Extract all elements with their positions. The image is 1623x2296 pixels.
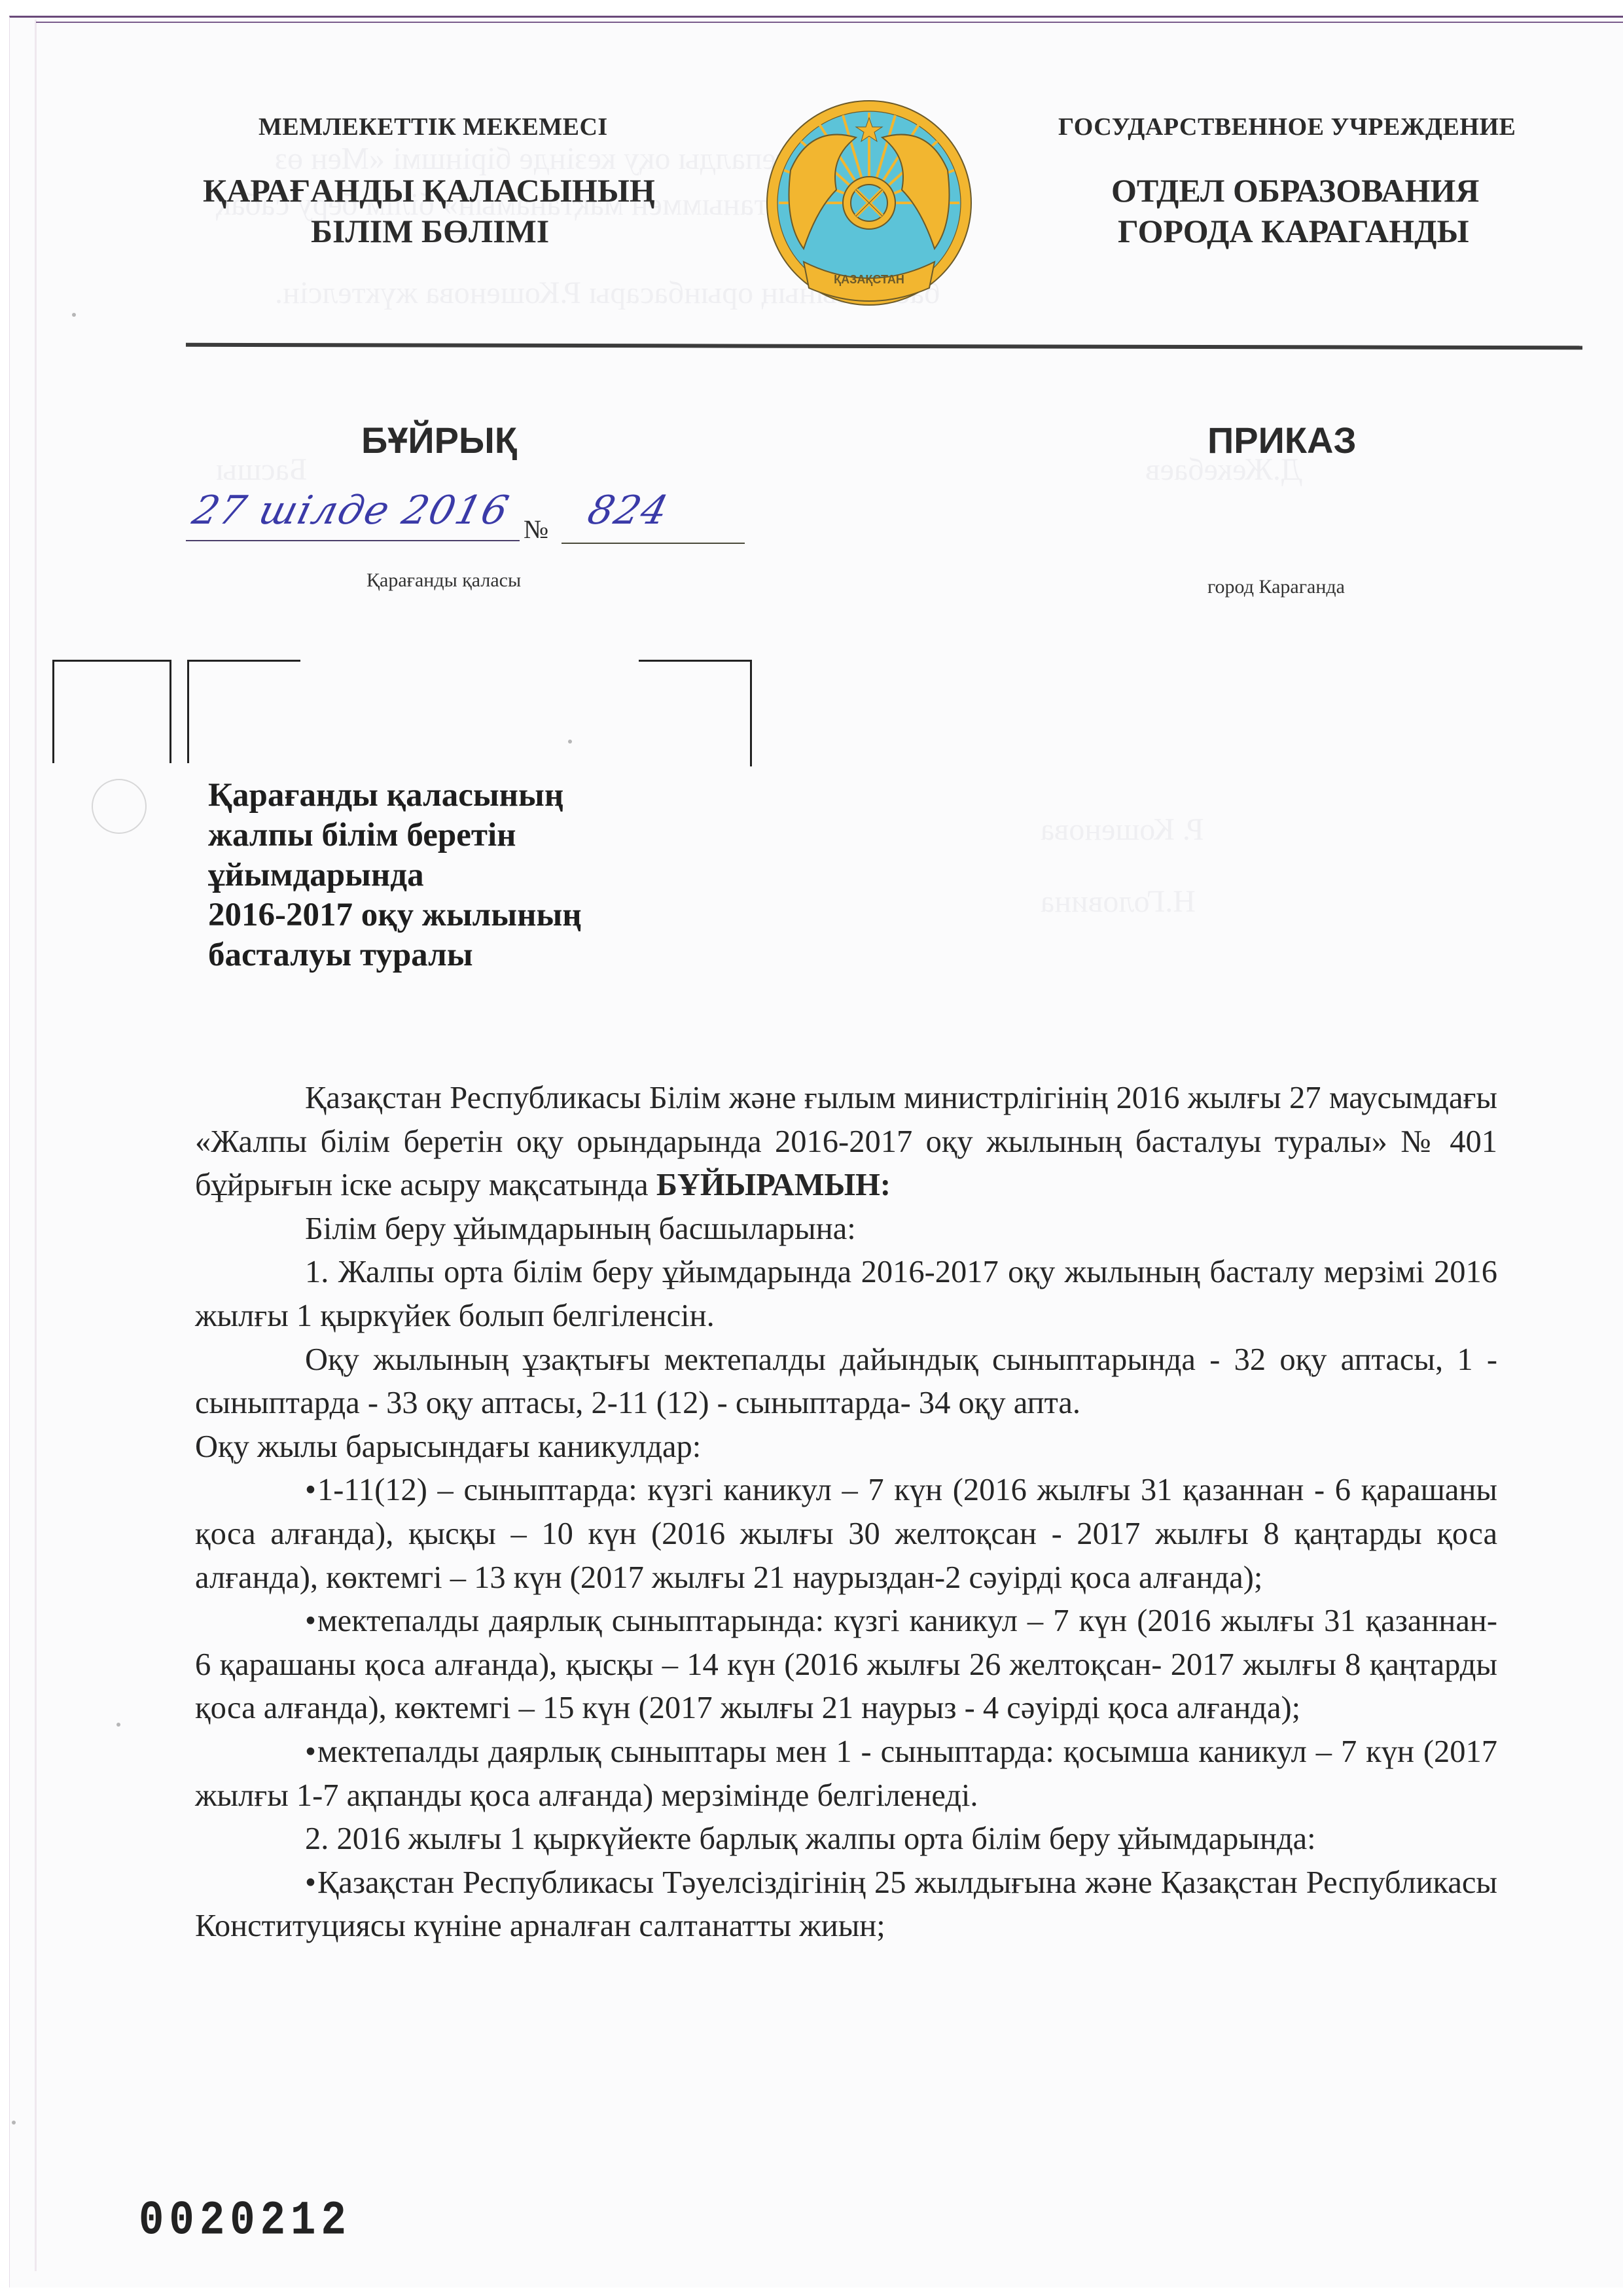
org-type-kz: МЕМЛЕКЕТТІК МЕКЕМЕСІ	[259, 113, 608, 141]
form-serial-number: 0020212	[139, 2195, 351, 2249]
city-ru: город Караганда	[1207, 576, 1345, 598]
paper-speck	[568, 740, 572, 744]
order-body: Қазақстан Республикасы Білім және ғылым …	[195, 1077, 1497, 1948]
show-through-text: Н.Головина	[1041, 884, 1196, 920]
org-type-ru: ГОСУДАРСТВЕННОЕ УЧРЕЖДЕНИЕ	[1058, 113, 1516, 141]
order-word: БҰЙЫРАМЫН:	[656, 1168, 891, 1202]
holiday-bullet: 1-11(12) – сыныптарда: күзгі каникул – 7…	[195, 1469, 1497, 1600]
org-name-ru-line1: ОТДЕЛ ОБРАЗОВАНИЯ	[1111, 171, 1479, 209]
paper-mark	[92, 779, 147, 834]
item-2: 2. 2016 жылғы 1 қыркүйекте барлық жалпы …	[195, 1818, 1497, 1861]
corner-mark-subject-start	[187, 660, 300, 763]
subject-line: ұйымдарында	[208, 855, 582, 895]
subject-line: Қарағанды қаласының	[208, 776, 582, 816]
subject-line: 2016-2017 оқу жылының	[208, 895, 582, 935]
date-underline	[186, 540, 520, 541]
preamble-paragraph: Қазақстан Республикасы Білім және ғылым …	[195, 1077, 1497, 1208]
order-title-ru: ПРИКАЗ	[1207, 419, 1357, 461]
org-name-kz-line1: ҚАРАҒАНДЫ ҚАЛАСЫНЫҢ	[203, 171, 655, 209]
duration-paragraph: Оқу жылының ұзақтығы мектепалды дайындық…	[195, 1338, 1497, 1426]
subject-line: жалпы білім беретін	[208, 816, 582, 855]
corner-mark-left	[52, 660, 171, 763]
city-kz: Қарағанды қаласы	[366, 569, 521, 592]
order-date-handwritten: 27 шілде 2016	[188, 488, 514, 533]
addressee: Білім беру ұйымдарының басшыларына:	[195, 1208, 1497, 1251]
org-name-kz-line2: БІЛІМ БӨЛІМІ	[311, 212, 549, 250]
show-through-text: Басшы	[216, 452, 307, 488]
kazakhstan-state-emblem-icon: ҚАЗАҚСТАН	[764, 98, 974, 308]
scan-edge-line	[36, 22, 1623, 23]
holidays-heading: Оқу жылы барысындағы каникулдар:	[195, 1426, 1497, 1469]
paper-speck	[116, 1723, 120, 1727]
order-title-kz: БҰЙРЫҚ	[361, 419, 517, 461]
org-name-ru-line2: ГОРОДА КАРАГАНДЫ	[1118, 212, 1469, 250]
item-1: 1. Жалпы орта білім беру ұйымдарында 201…	[195, 1251, 1497, 1338]
svg-text:ҚАЗАҚСТАН: ҚАЗАҚСТАН	[834, 273, 904, 286]
corner-mark-subject-end	[639, 660, 752, 766]
show-through-text: Р. Кошенова	[1041, 812, 1204, 848]
subject-line: басталуы туралы	[208, 935, 582, 975]
number-sign: №	[524, 514, 548, 545]
holiday-bullet: мектепалды даярлық сыныптарында: күзгі к…	[195, 1600, 1497, 1731]
paper-speck	[72, 313, 76, 317]
order-subject: Қарағанды қаласының жалпы білім беретін …	[208, 776, 582, 975]
holiday-bullet: мектепалды даярлық сыныптары мен 1 - сын…	[195, 1731, 1497, 1818]
number-underline	[562, 543, 745, 544]
order-number-handwritten: 824	[583, 488, 673, 533]
item2-bullet: Қазақстан Республикасы Тәуелсіздігінің 2…	[195, 1861, 1497, 1948]
paper-speck	[12, 2121, 16, 2125]
